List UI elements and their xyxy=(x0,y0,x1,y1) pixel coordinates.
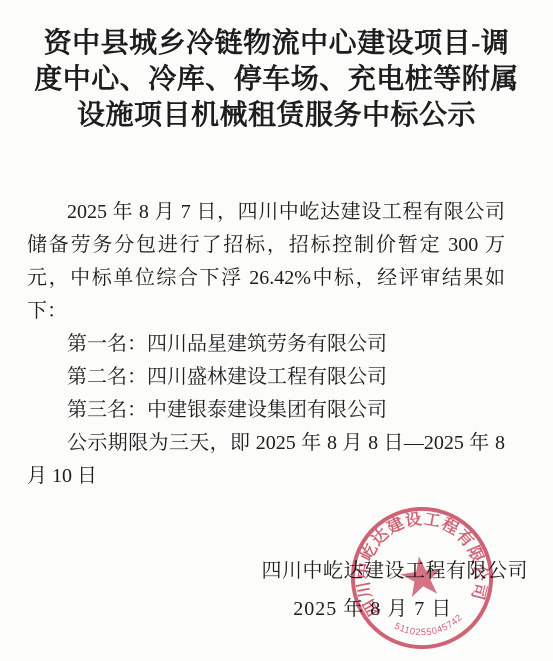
intro-paragraph: 2025 年 8 月 7 日，四川中屹达建设工程有限公司储备劳务分包进行了招标，… xyxy=(27,196,505,328)
notice-period-paragraph: 公示期限为三天，即 2025 年 8 月 8 日—2025 年 8 月 10 日 xyxy=(27,427,505,493)
ranking-first-label: 第一名： xyxy=(67,333,147,355)
title-line-1: 资中县城乡冷链物流中心建设项目-调 xyxy=(26,26,527,62)
title-line-2: 度中心、冷库、停车场、充电桩等附属 xyxy=(26,62,527,98)
document-title: 资中县城乡冷链物流中心建设项目-调 度中心、冷库、停车场、充电桩等附属 设施项目… xyxy=(26,26,527,134)
ranking-third-label: 第三名： xyxy=(67,399,147,421)
ranking-second-label: 第二名： xyxy=(67,366,147,388)
ranking-third-company: 中建银泰建设集团有限公司 xyxy=(147,399,387,421)
ranking-second-company: 四川盛林建设工程有限公司 xyxy=(147,366,387,388)
signature-date: 2025 年 8 月 7 日 xyxy=(240,594,507,624)
ranking-second: 第二名：四川盛林建设工程有限公司 xyxy=(27,361,505,394)
ranking-first: 第一名：四川品星建筑劳务有限公司 xyxy=(27,328,505,361)
ranking-first-company: 四川品星建筑劳务有限公司 xyxy=(147,333,387,355)
announcement-document: 资中县城乡冷链物流中心建设项目-调 度中心、冷库、停车场、充电桩等附属 设施项目… xyxy=(0,0,553,661)
signature-block: 四川中屹达建设工程有限公司 2025 年 8 月 7 日 xyxy=(262,556,529,624)
document-body: 2025 年 8 月 7 日，四川中屹达建设工程有限公司储备劳务分包进行了招标，… xyxy=(27,196,505,493)
title-line-3: 设施项目机械租赁服务中标公示 xyxy=(26,98,527,134)
signature-company: 四川中屹达建设工程有限公司 xyxy=(262,556,529,586)
ranking-third: 第三名：中建银泰建设集团有限公司 xyxy=(27,394,505,427)
